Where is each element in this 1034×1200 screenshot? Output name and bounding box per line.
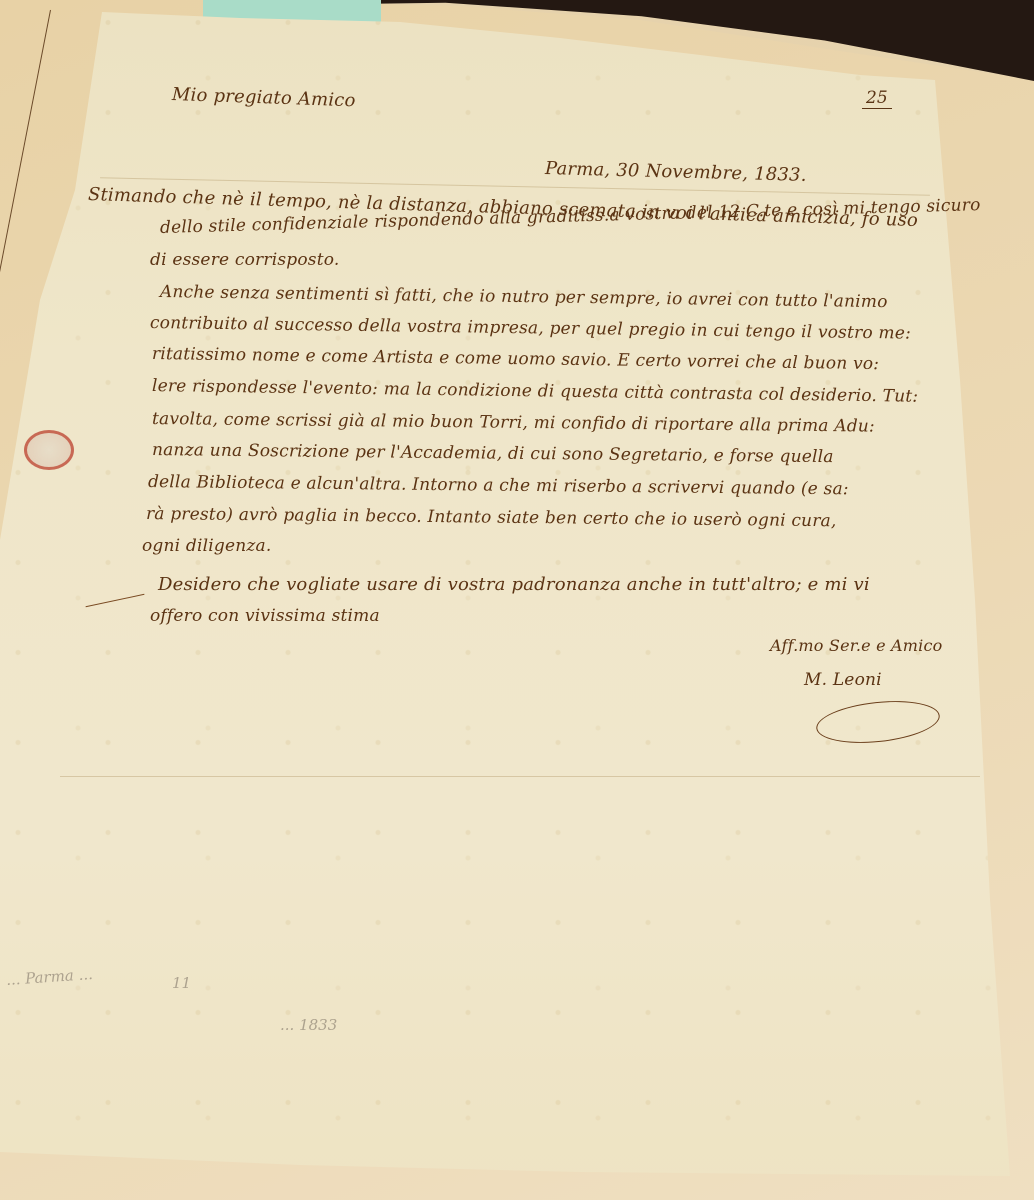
- body-line: Desidero che vogliate usare di vostra pa…: [158, 574, 870, 595]
- body-line: di essere corrisposto.: [150, 250, 339, 270]
- body-line: offero con vivissima stima: [150, 606, 380, 626]
- pencil-note: ... Parma ...: [5, 965, 93, 989]
- signature-block: Aff.mo Ser.e e Amico M. Leoni: [760, 632, 960, 752]
- body-line: ogni diligenza.: [142, 536, 272, 556]
- signature-name: M. Leoni: [804, 670, 882, 690]
- signature-closing: Aff.mo Ser.e e Amico: [770, 636, 942, 655]
- signature-flourish: [814, 696, 942, 749]
- pencil-note: 11: [172, 974, 191, 992]
- page-number: 25: [862, 88, 892, 109]
- fold-crease: [60, 776, 980, 777]
- red-seal-stain: [24, 430, 74, 470]
- pencil-annotations: ... Parma ... 11 ... 1833: [0, 960, 420, 1080]
- pencil-note: ... 1833: [280, 1016, 337, 1034]
